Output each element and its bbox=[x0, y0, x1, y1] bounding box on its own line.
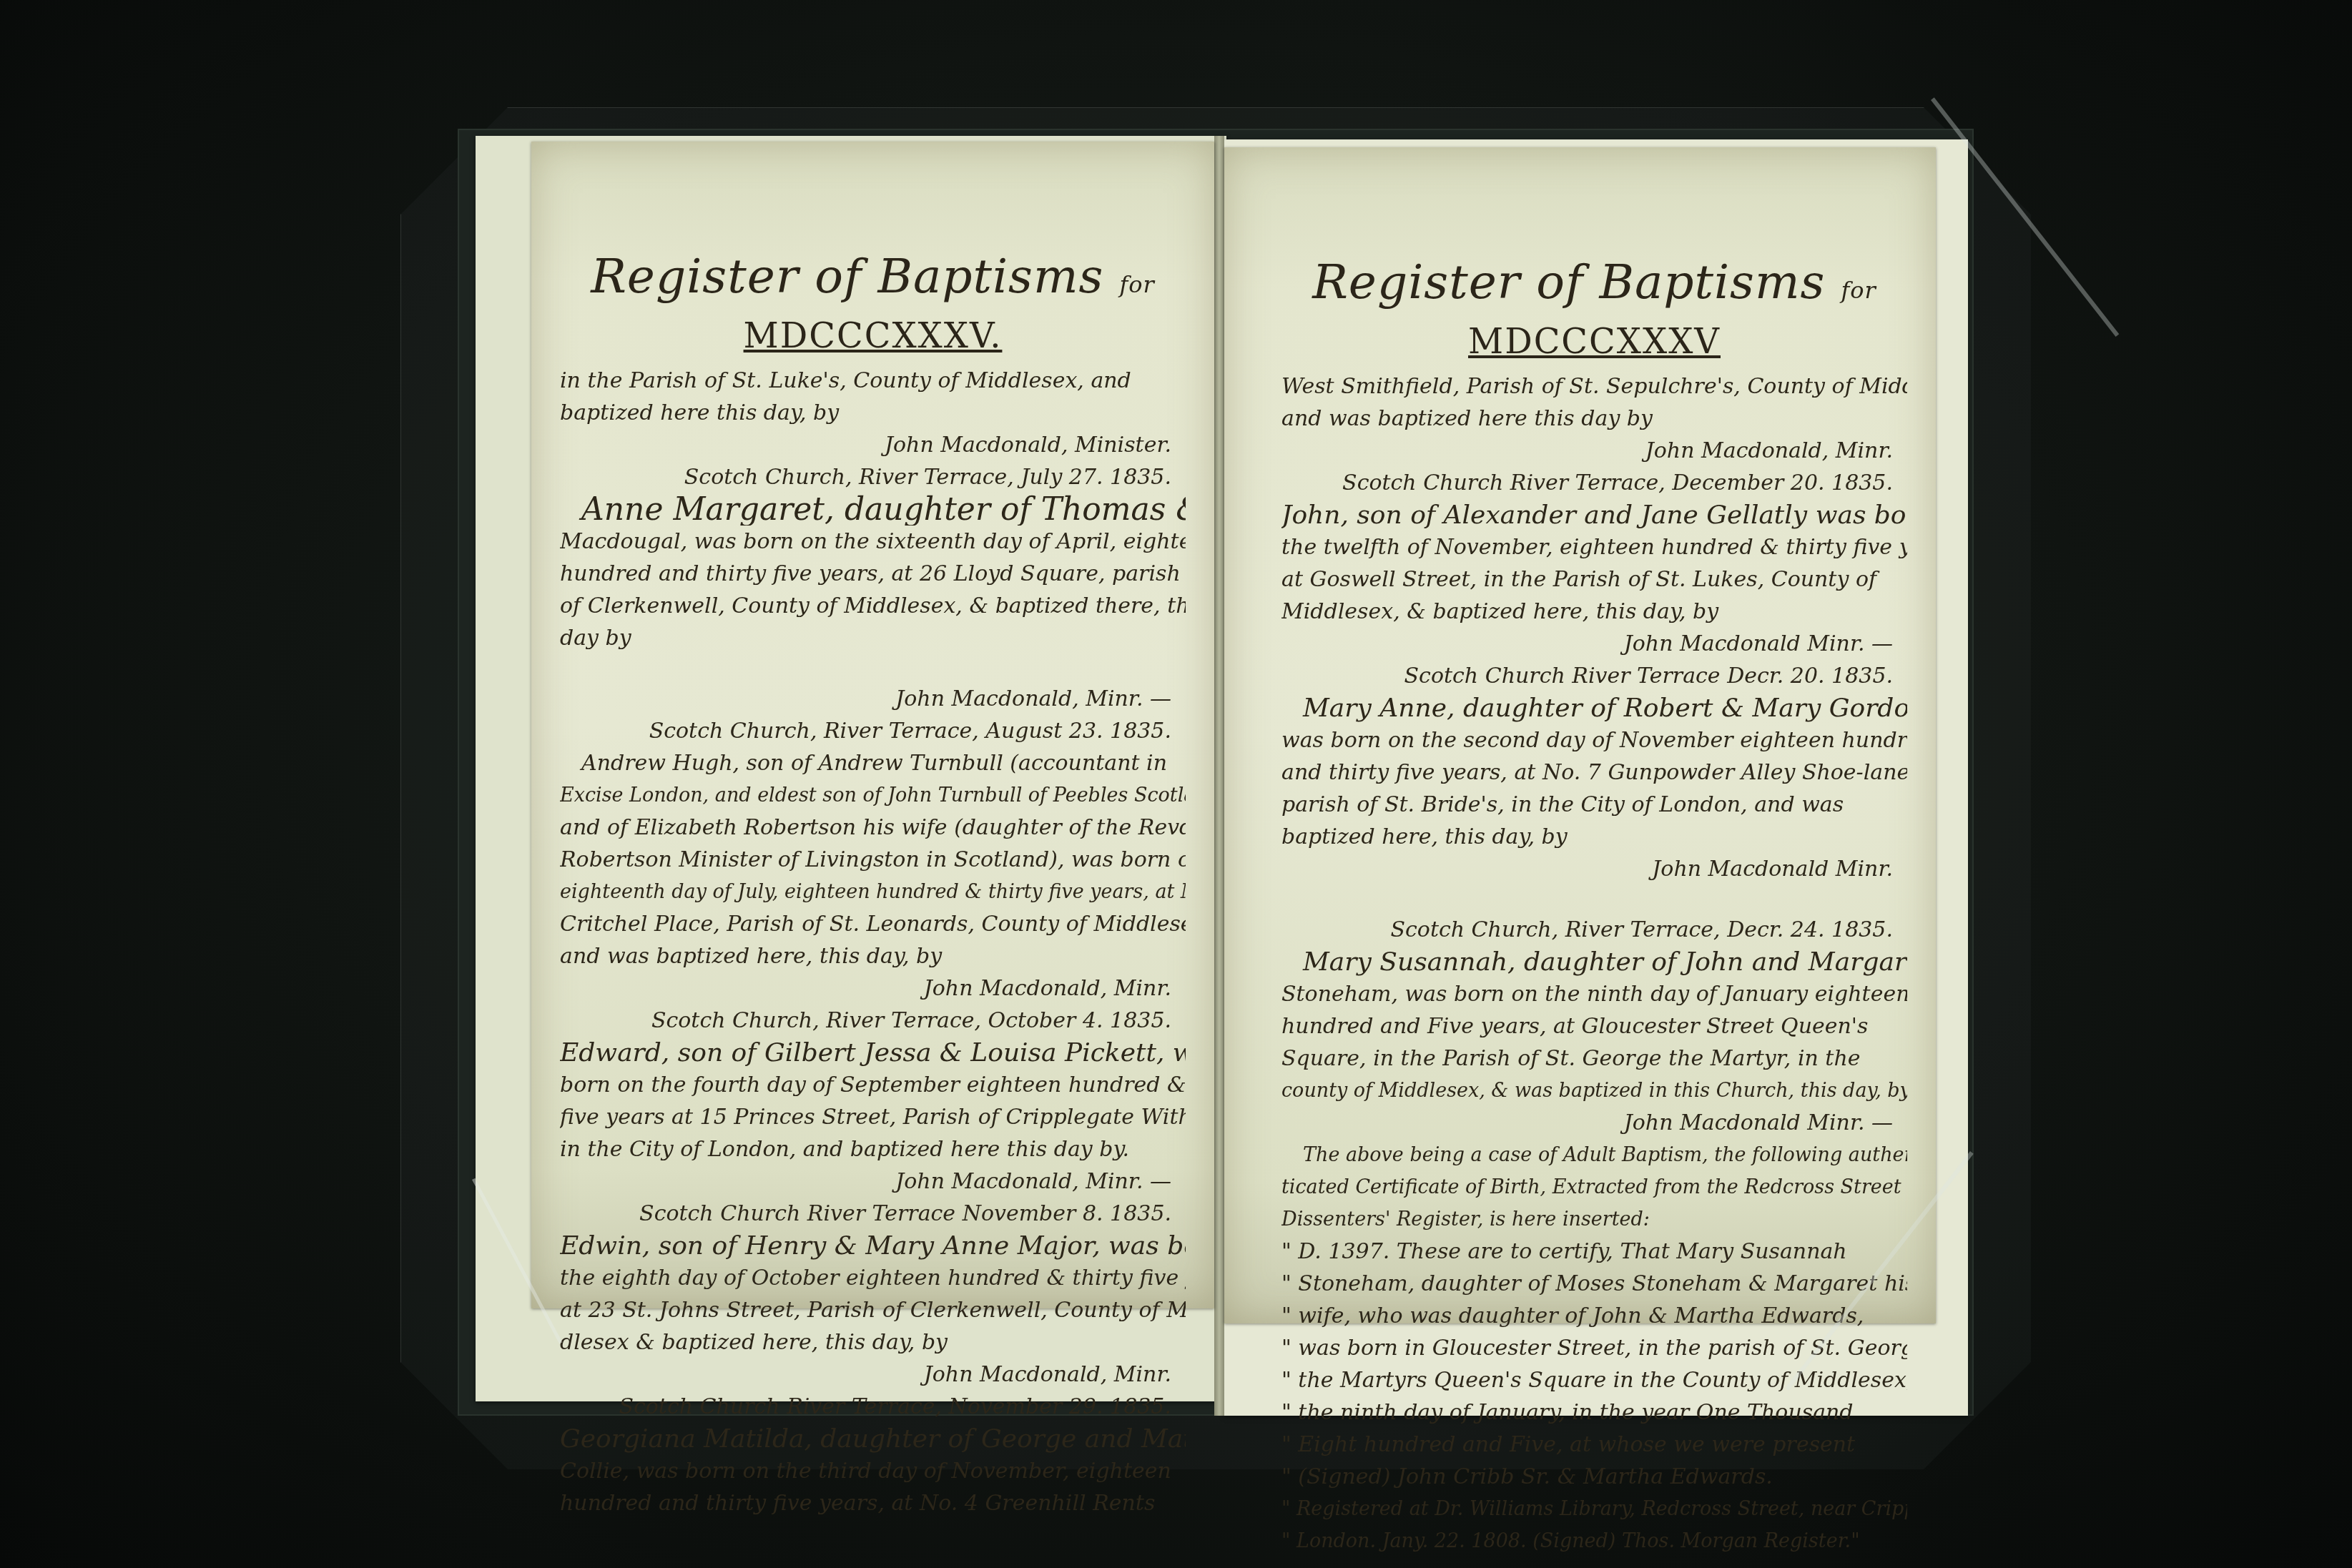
entry-line: Anne Margaret, daughter of Thomas & Dina… bbox=[560, 493, 1186, 526]
title-year: MDCCCXXXV bbox=[1468, 322, 1721, 362]
minister-signature: John Macdonald Minr. — bbox=[1281, 1107, 1907, 1139]
certificate-line: " D. 1397. These are to certify, That Ma… bbox=[1281, 1236, 1907, 1268]
minister-signature: John Macdonald, Minr. bbox=[1281, 435, 1907, 467]
entry-date: Scotch Church, River Terrace, August 23.… bbox=[560, 715, 1186, 747]
entry-line: in the Parish of St. Luke's, County of M… bbox=[560, 365, 1186, 397]
entry-line: of Clerkenwell, County of Middlesex, & b… bbox=[560, 590, 1186, 622]
entry-line: parish of St. Bride's, in the City of Lo… bbox=[1281, 789, 1907, 821]
certificate-line: " wife, who was daughter of John & Marth… bbox=[1281, 1300, 1907, 1332]
entry-line: the eighth day of October eighteen hundr… bbox=[560, 1262, 1186, 1294]
entry-line: Andrew Hugh, son of Andrew Turnbull (acc… bbox=[560, 747, 1186, 779]
entry-line: was born on the second day of November e… bbox=[1281, 724, 1907, 756]
certificate-line: ticated Certificate of Birth, Extracted … bbox=[1281, 1171, 1907, 1203]
left-page: Register of Baptisms for MDCCCXXXV. in t… bbox=[531, 142, 1214, 1308]
entry-line: five years at 15 Princes Street, Parish … bbox=[560, 1101, 1186, 1133]
certificate-line: " the ninth day of January, in the year … bbox=[1281, 1396, 1907, 1429]
entry-line: baptized here this day, by bbox=[560, 397, 1186, 429]
title-main: Register of Baptisms bbox=[591, 249, 1103, 304]
entry-date: Scotch Church, River Terrace, October 4.… bbox=[560, 1005, 1186, 1037]
entry-line: Collie, was born on the third day of Nov… bbox=[560, 1455, 1186, 1487]
entry-date: Scotch Church River Terrace, November 29… bbox=[560, 1391, 1186, 1423]
entry-line: hundred and Five years, at Gloucester St… bbox=[1281, 1010, 1907, 1042]
entry-line: and of Elizabeth Robertson his wife (dau… bbox=[560, 812, 1186, 844]
entry-line: Middlesex, & baptized here, this day, by bbox=[1281, 596, 1907, 628]
entry-line: Macdougal, was born on the sixteenth day… bbox=[560, 526, 1186, 558]
left-page-title: Register of Baptisms for MDCCCXXXV. bbox=[560, 249, 1186, 359]
entry-line: and was baptized here, this day, by bbox=[560, 940, 1186, 972]
entry-line: Square, in the Parish of St. George the … bbox=[1281, 1042, 1907, 1075]
entry-line: and was baptized here this day by bbox=[1281, 403, 1907, 435]
entry-line: day by bbox=[560, 622, 1186, 654]
entry-line: baptized here, this day, by bbox=[1281, 821, 1907, 853]
entry-line: hundred and thirty five years, at 26 Llo… bbox=[560, 558, 1186, 590]
entry-line: dlesex & baptized here, this day, by bbox=[560, 1326, 1186, 1359]
entry-line: West Smithfield, Parish of St. Sepulchre… bbox=[1281, 370, 1907, 403]
entry-line: county of Middlesex, & was baptized in t… bbox=[1281, 1075, 1907, 1107]
minister-signature: John Macdonald, Minister. bbox=[560, 429, 1186, 461]
minister-signature: John Macdonald, Minr. — bbox=[560, 1165, 1186, 1198]
entry-line: Excise London, and eldest son of John Tu… bbox=[560, 779, 1186, 812]
entry-line: Edward, son of Gilbert Jessa & Louisa Pi… bbox=[560, 1037, 1186, 1069]
minister-signature: John Macdonald Minr. — bbox=[1281, 628, 1907, 660]
entry-date: Scotch Church River Terrace Decr. 20. 18… bbox=[1281, 660, 1907, 692]
certificate-line: " (Signed) John Cribb Sr. & Martha Edwar… bbox=[1281, 1461, 1907, 1493]
certificate-line: The above being a case of Adult Baptism,… bbox=[1281, 1139, 1907, 1171]
entry-line: Georgiana Matilda, daughter of George an… bbox=[560, 1423, 1186, 1455]
entry-line: the twelfth of November, eighteen hundre… bbox=[1281, 531, 1907, 563]
certificate-line: " the Martyrs Queen's Square in the Coun… bbox=[1281, 1364, 1907, 1396]
entry-line: Robertson Minister of Livingston in Scot… bbox=[560, 844, 1186, 876]
minister-signature: John Macdonald, Minr. bbox=[560, 1359, 1186, 1391]
certificate-line: " Eight hundred and Five, at whose we we… bbox=[1281, 1429, 1907, 1461]
entry-line: in the City of London, and baptized here… bbox=[560, 1133, 1186, 1165]
entry-line: Mary Susannah, daughter of John and Marg… bbox=[1281, 946, 1907, 978]
title-year: MDCCCXXXV. bbox=[744, 316, 1003, 356]
title-for: for bbox=[1841, 277, 1876, 304]
certificate-line: " Registered at Dr. Williams Library, Re… bbox=[1281, 1493, 1907, 1525]
certificate-line: " London. Jany. 22. 1808. (Signed) Thos.… bbox=[1281, 1525, 1907, 1557]
entry-date: Scotch Church River Terrace, December 20… bbox=[1281, 467, 1907, 499]
entry-line: hundred and thirty five years, at No. 4 … bbox=[560, 1487, 1186, 1519]
entry-line: at Goswell Street, in the Parish of St. … bbox=[1281, 563, 1907, 596]
title-main: Register of Baptisms bbox=[1312, 255, 1825, 310]
certificate-line: Dissenters' Register, is here inserted: bbox=[1281, 1203, 1907, 1236]
entry-date: Scotch Church River Terrace November 8. … bbox=[560, 1198, 1186, 1230]
entry-line: Stoneham, was born on the ninth day of J… bbox=[1281, 978, 1907, 1010]
entry-date: Scotch Church, River Terrace, July 27. 1… bbox=[560, 461, 1186, 493]
entry-line: born on the fourth day of September eigh… bbox=[560, 1069, 1186, 1101]
book-spine bbox=[1214, 136, 1224, 1416]
minister-signature: John Macdonald Minr. bbox=[1281, 853, 1907, 885]
entry-line: eighteenth day of July, eighteen hundred… bbox=[560, 876, 1186, 908]
title-for: for bbox=[1119, 271, 1154, 298]
certificate-line: " Stoneham, daughter of Moses Stoneham &… bbox=[1281, 1268, 1907, 1300]
entry-line: Edwin, son of Henry & Mary Anne Major, w… bbox=[560, 1230, 1186, 1262]
entry-line: and thirty five years, at No. 7 Gunpowde… bbox=[1281, 756, 1907, 789]
right-page: Register of Baptisms for MDCCCXXXV West … bbox=[1224, 147, 1936, 1323]
entry-date: Scotch Church, River Terrace, Decr. 24. … bbox=[1281, 914, 1907, 946]
entry-line: Mary Anne, daughter of Robert & Mary Gor… bbox=[1281, 692, 1907, 724]
minister-signature: John Macdonald, Minr. bbox=[560, 972, 1186, 1005]
minister-signature: John Macdonald, Minr. — bbox=[560, 683, 1186, 715]
entry-line: at 23 St. Johns Street, Parish of Clerke… bbox=[560, 1294, 1186, 1326]
right-page-title: Register of Baptisms for MDCCCXXXV bbox=[1281, 255, 1907, 365]
entry-line: John, son of Alexander and Jane Gellatly… bbox=[1281, 499, 1907, 531]
certificate-line: " was born in Gloucester Street, in the … bbox=[1281, 1332, 1907, 1364]
entry-line: Critchel Place, Parish of St. Leonards, … bbox=[560, 908, 1186, 940]
